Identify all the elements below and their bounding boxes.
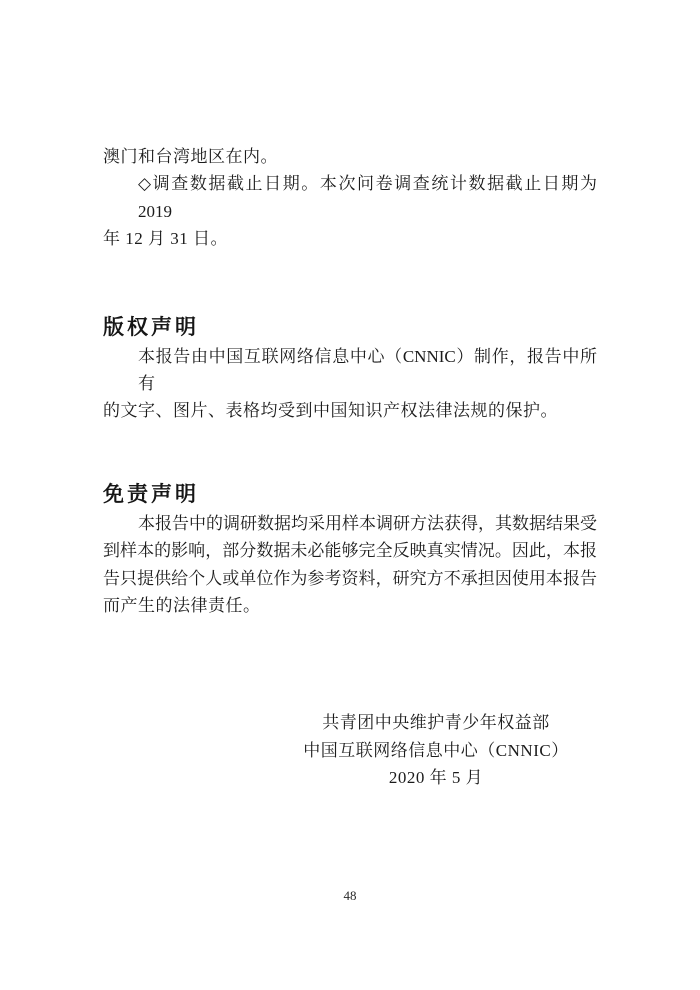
text-line: 共青团中央维护青少年权益部 (281, 709, 591, 736)
text-line: ◇调查数据截止日期。本次问卷调查统计数据截止日期为 2019 (103, 170, 597, 225)
disclaimer-paragraph: 本报告中的调研数据均采用样本调研方法获得，其数据结果受到样本的影响，部分数据未必… (103, 510, 597, 620)
signature-block: 共青团中央维护青少年权益部中国互联网络信息中心（CNNIC）2020 年 5 月 (281, 709, 591, 791)
text-line: 到样本的影响，部分数据未必能够完全反映真实情况。因此，本报 (103, 537, 597, 564)
text-line: 而产生的法律责任。 (103, 592, 597, 619)
paragraph-continuation-line: 澳门和台湾地区在内。 (103, 143, 597, 170)
page-number: 48 (0, 889, 700, 903)
text-line: 的文字、图片、表格均受到中国知识产权法律法规的保护。 (103, 397, 597, 424)
text-line: 2020 年 5 月 (281, 764, 591, 791)
disclaimer-heading: 免责声明 (103, 480, 597, 510)
text-line: 中国互联网络信息中心（CNNIC） (281, 737, 591, 764)
copyright-heading: 版权声明 (103, 313, 597, 343)
text-line: 本报告由中国互联网络信息中心（CNNIC）制作，报告中所有 (103, 343, 597, 398)
survey-date-paragraph: ◇调查数据截止日期。本次问卷调查统计数据截止日期为 2019年 12 月 31 … (103, 170, 597, 252)
text-line: 告只提供给个人或单位作为参考资料，研究方不承担因使用本报告 (103, 565, 597, 592)
text-line: 本报告中的调研数据均采用样本调研方法获得，其数据结果受 (103, 510, 597, 537)
page-content: 澳门和台湾地区在内。 ◇调查数据截止日期。本次问卷调查统计数据截止日期为 201… (103, 143, 597, 792)
text-line: 年 12 月 31 日。 (103, 225, 597, 252)
copyright-paragraph: 本报告由中国互联网络信息中心（CNNIC）制作，报告中所有的文字、图片、表格均受… (103, 343, 597, 425)
document-page: 澳门和台湾地区在内。 ◇调查数据截止日期。本次问卷调查统计数据截止日期为 201… (0, 0, 700, 990)
